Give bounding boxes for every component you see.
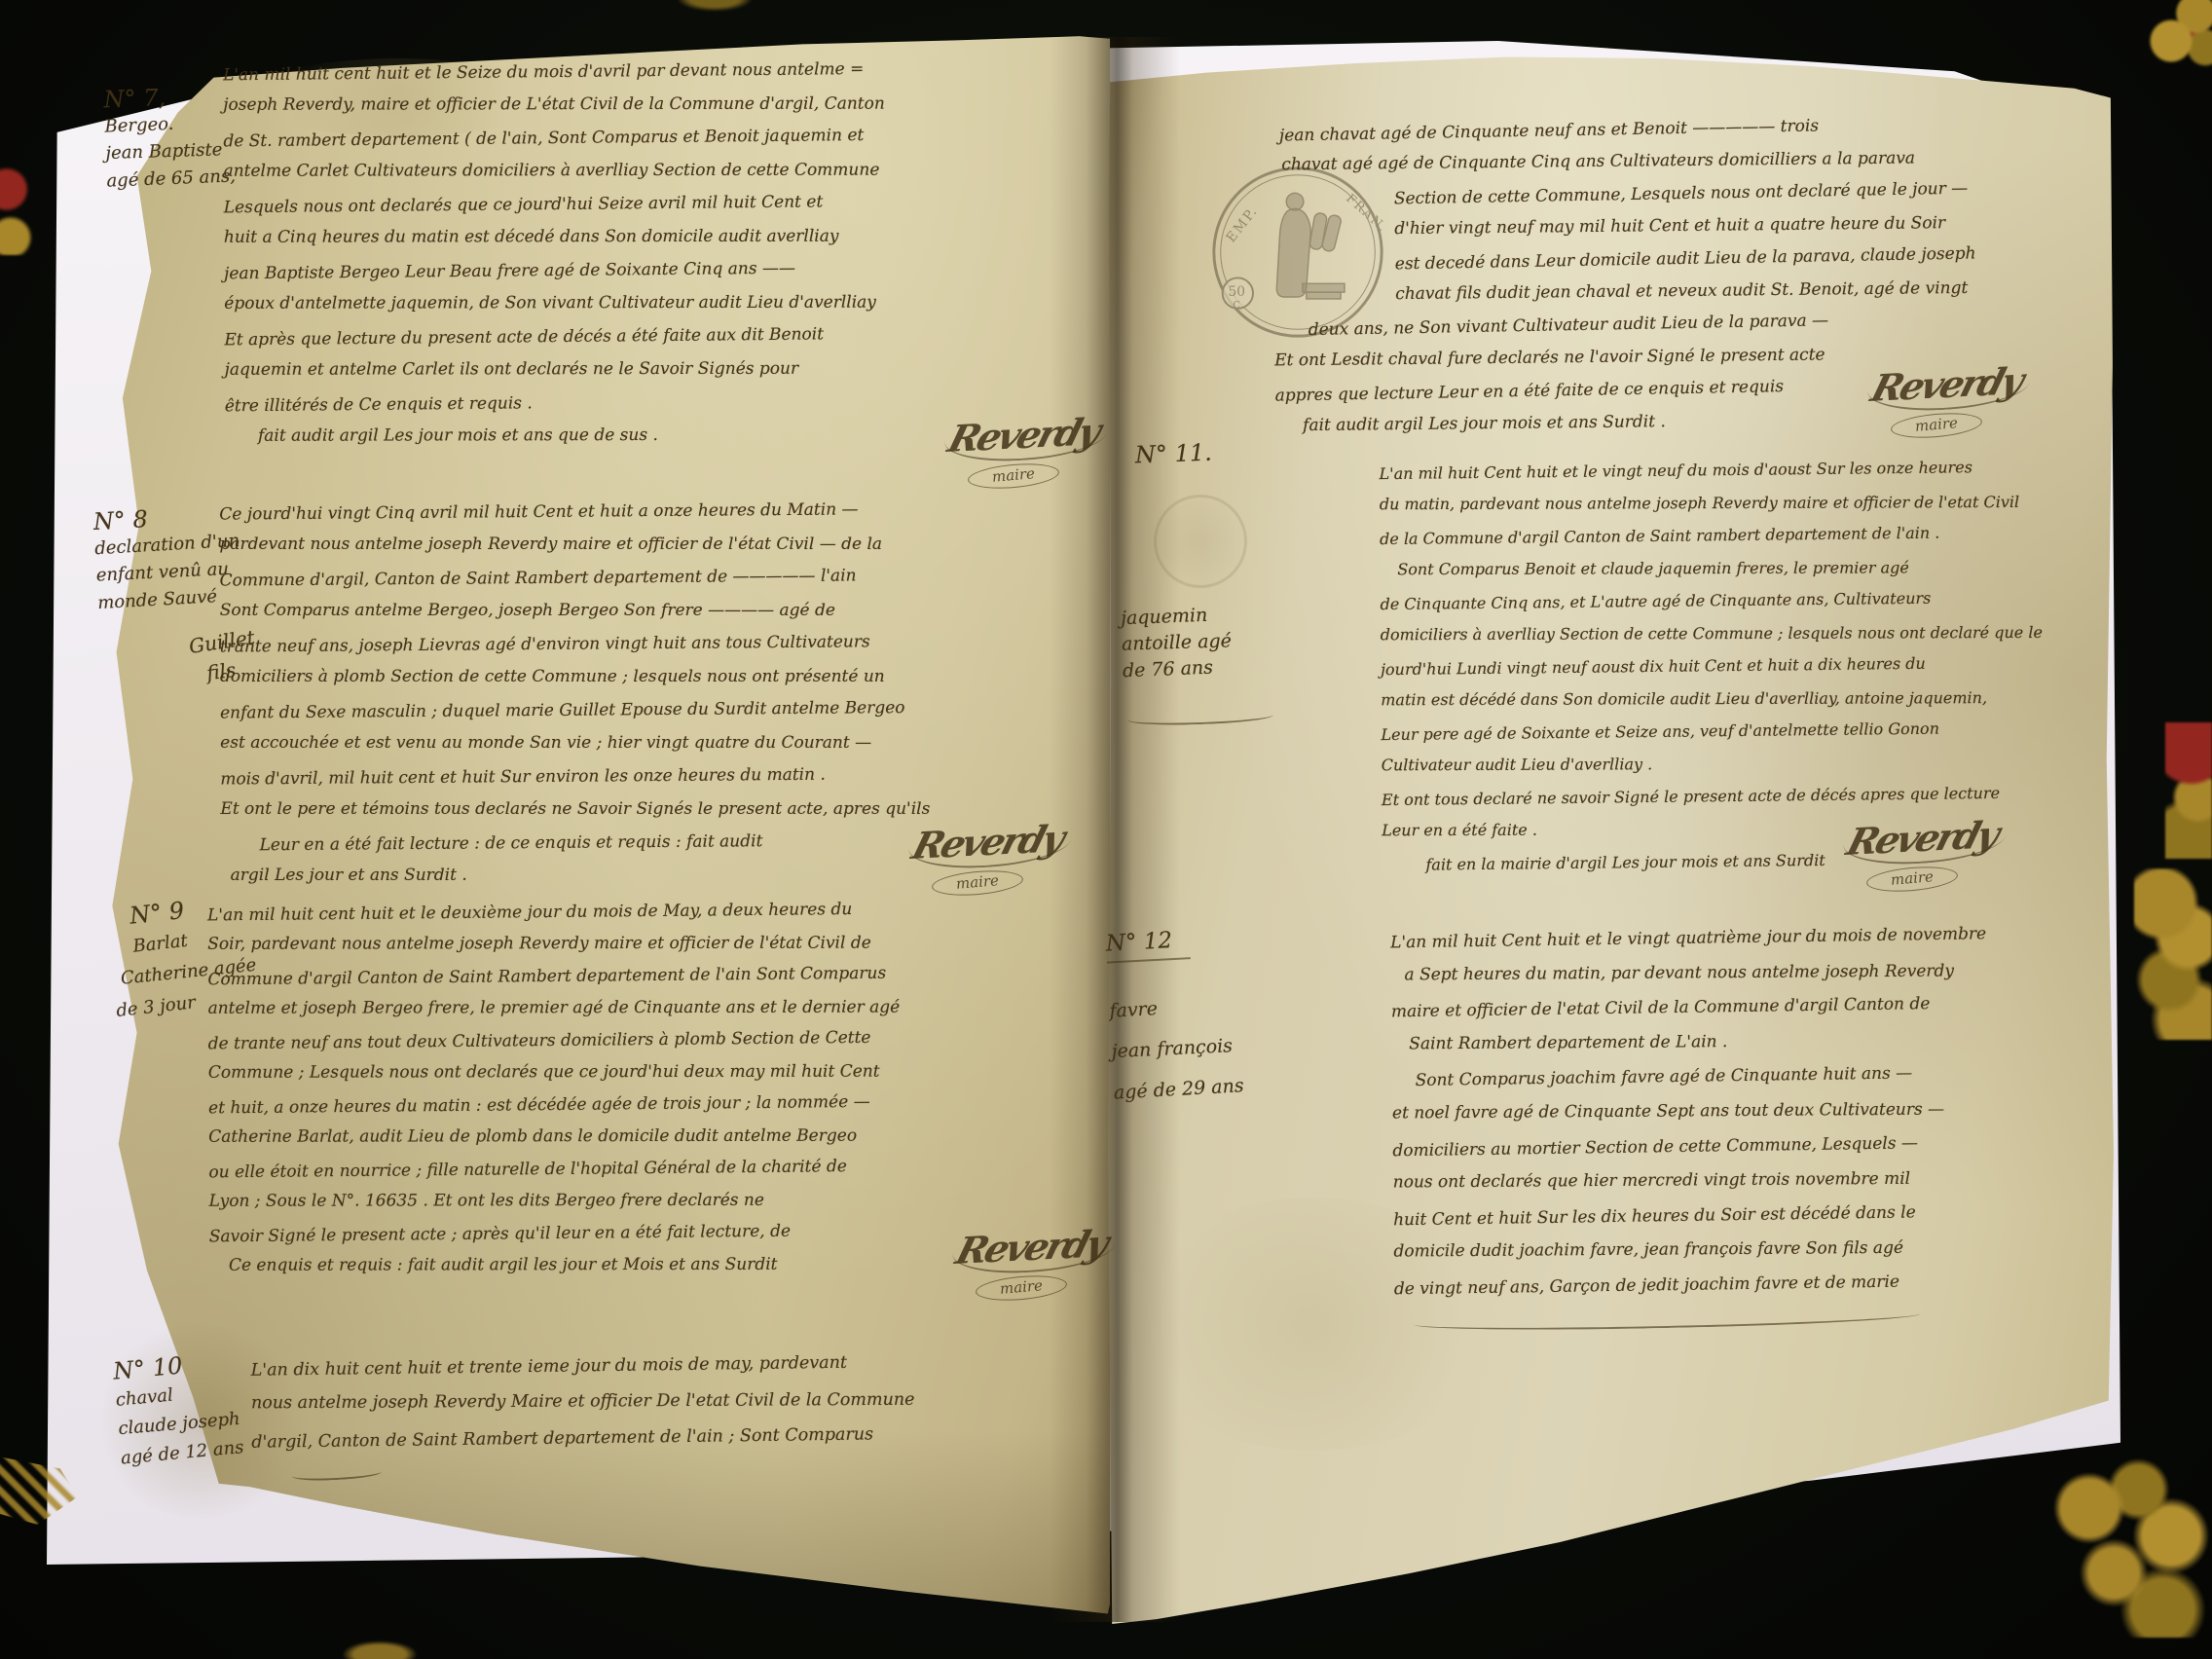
handwritten-line: matin est décédé dans Son domicile audit…: [1381, 681, 2089, 716]
handwritten-line: domiciliers à averlliay Section de cette…: [1381, 615, 2089, 650]
embroidered-accent-icon: [339, 1640, 421, 1659]
handwritten-line: pardevant nous antelme joseph Reverdy ma…: [219, 528, 1100, 561]
signature-record-7: Reverdy maire: [946, 413, 1106, 488]
record-12-body: L'an mil huit Cent huit et le vingt quat…: [1390, 917, 2091, 1306]
handwritten-line: Commune d'argil Canton de Saint Rambert …: [207, 956, 1098, 997]
signature-title: maire: [1890, 410, 1983, 441]
handwritten-line: agé de 29 ans: [1113, 1065, 1245, 1114]
signature-title: maire: [967, 461, 1060, 492]
signature-record-8: Reverdy maire: [910, 820, 1070, 895]
handwritten-line: et huit, a onze heures du matin : est dé…: [208, 1085, 1099, 1125]
mayor-signature: Reverdy: [1862, 358, 2037, 414]
stamp-unit: C.: [1233, 301, 1242, 312]
handwritten-line: Commune d'argil, Canton de Saint Rambert…: [219, 557, 1100, 597]
handwritten-line: de trante neuf ans tout deux Cultivateur…: [208, 1020, 1099, 1061]
stamp-value: 50: [1229, 284, 1245, 300]
handwritten-line: antoille agé: [1122, 628, 1233, 658]
margin-note-record-11: N° 11.: [1135, 439, 1213, 469]
handwritten-line: L'an mil huit cent huit et le deuxième j…: [207, 892, 1098, 933]
handwritten-line: trante neuf ans, joseph Lievras agé d'en…: [220, 623, 1101, 663]
embroidered-flower-icon: [2148, 0, 2212, 72]
signature-title: maire: [931, 867, 1024, 899]
mayor-signature: Reverdy: [939, 409, 1114, 464]
embroidered-flower-icon: [2048, 1453, 2212, 1638]
record-7-body: L'an mil huit cent huit et le Seize du m…: [223, 53, 1101, 455]
margin-note-lines: Bergeo.jean Baptisteagé de 65 ans,: [104, 109, 236, 196]
handwritten-line: de St. rambert departement ( de l'ain, S…: [223, 117, 1099, 159]
record-number-label: N° 12: [1105, 926, 1191, 963]
embroidered-flower-icon: [0, 167, 33, 255]
handwritten-line: Ce jourd'hui vingt Cinq avril mil huit C…: [219, 491, 1100, 531]
handwritten-line: époux d'antelmette jaquemin, de Son viva…: [224, 285, 1100, 320]
handwritten-line: Cultivateur audit Lieu d'averlliay .: [1382, 746, 2090, 781]
margin-note-record-12: N° 12 favrejean françoisagé de 29 ans: [1105, 924, 1244, 1114]
margin-name-record-11: jaqueminantoille agéde 76 ans: [1121, 602, 1234, 684]
signature-title: maire: [975, 1272, 1068, 1304]
embroidered-accent-icon: [670, 0, 759, 14]
handwritten-line: agé de 65 ans,: [106, 163, 236, 195]
handwritten-line: Lyon ; Sous le N°. 16635 . Et ont les di…: [209, 1184, 1100, 1218]
handwritten-line: Et après que lecture du present acte de …: [224, 315, 1100, 357]
signature-record-10: Reverdy maire: [1869, 362, 2029, 437]
record-number-label: N° 11.: [1135, 439, 1213, 469]
handwritten-line: du matin, pardevant nous antelme joseph …: [1380, 485, 2088, 520]
handwritten-line: Lesquels nous ont declarés que ce jourd'…: [224, 183, 1100, 225]
mayor-signature: Reverdy: [1837, 812, 2012, 867]
handwritten-line: jourd'hui Lundi vingt neuf aoust dix hui…: [1381, 645, 2089, 686]
handwritten-line: Et ont tous declaré ne savoir Signé le p…: [1382, 776, 2090, 817]
handwritten-line: favre: [1108, 983, 1240, 1032]
handwritten-line: enfant du Sexe masculin ; duquel marie G…: [220, 689, 1101, 729]
handwritten-line: de Cinquante Cinq ans, et L'autre agé de…: [1380, 580, 2088, 621]
handwritten-line: Leur pere agé de Soixante et Seize ans, …: [1381, 711, 2089, 752]
handwritten-line: Commune ; Lesquels nous ont declarés que…: [208, 1055, 1099, 1089]
embroidered-leaf-icon: [2134, 868, 2212, 1040]
margin-note-lines: chavalclaude josephagé de 12 ans: [115, 1376, 245, 1474]
handwritten-line: jaquemin: [1121, 602, 1232, 632]
handwritten-line: Catherine Barlat, audit Lieu de plomb da…: [208, 1120, 1099, 1154]
handwritten-line: huit a Cinq heures du matin est décedé d…: [224, 219, 1100, 254]
handwritten-line: mois d'avril, mil huit cent et huit Sur …: [220, 756, 1101, 795]
signature-title: maire: [1865, 864, 1959, 895]
handwritten-line: Soir, pardevant nous antelme joseph Reve…: [207, 927, 1098, 961]
handwritten-line: antelme Carlet Cultivateurs domiciliers …: [224, 153, 1100, 188]
mayor-signature: Reverdy: [946, 1221, 1122, 1276]
handwritten-line: domiciliers à plomb Section de cette Com…: [220, 660, 1101, 693]
margin-note-record-10: N° 10 chavalclaude josephagé de 12 ans: [112, 1346, 245, 1474]
handwritten-line: ou elle étoit en nourrice ; fille nature…: [208, 1149, 1099, 1190]
margin-note-lines: favrejean françoisagé de 29 ans: [1108, 984, 1244, 1114]
handwritten-line: jean Baptiste Bergeo Leur Beau frere agé…: [224, 249, 1100, 291]
signature-record-11: Reverdy maire: [1845, 816, 2005, 891]
handwritten-line: L'an mil huit cent huit et le Seize du m…: [223, 51, 1099, 92]
embroidered-flower-icon: [2165, 722, 2212, 859]
handwritten-line: Sont Comparus Benoit et claude jaquemin …: [1380, 550, 2088, 585]
mayor-signature: Reverdy: [903, 816, 1078, 871]
handwritten-line: jean françois: [1111, 1025, 1243, 1072]
handwritten-line: L'an mil huit Cent huit et le vingt neuf…: [1379, 450, 2087, 491]
handwritten-line: de la Commune d'argil Canton de Saint ra…: [1380, 515, 2088, 556]
signature-record-9: Reverdy maire: [954, 1225, 1114, 1300]
handwritten-line: est accouchée et est venu au monde San v…: [220, 726, 1101, 759]
stamp-arc-left-label: EMP.: [1224, 203, 1262, 245]
handwritten-line: Sont Comparus antelme Bergeo, joseph Ber…: [220, 594, 1101, 627]
handwritten-line: antelme et joseph Bergeo frere, le premi…: [208, 991, 1099, 1025]
handwritten-line: de 76 ans: [1122, 654, 1233, 684]
stamp-bleedthrough: [1154, 495, 1247, 588]
handwritten-line: jaquemin et antelme Carlet ils ont decla…: [225, 351, 1101, 387]
handwritten-line: joseph Reverdy, maire et officier de L'é…: [223, 87, 1099, 122]
margin-note-record-7: N° 7, Bergeo.jean Baptisteagé de 65 ans,: [103, 82, 236, 196]
photograph-of-register: EMP. FRAN. 50 C. N° 7, Bergeo.jean Bapti…: [0, 0, 2212, 1659]
record-10-body-start: L'an dix huit cent huit et trente ieme j…: [251, 1344, 1109, 1459]
